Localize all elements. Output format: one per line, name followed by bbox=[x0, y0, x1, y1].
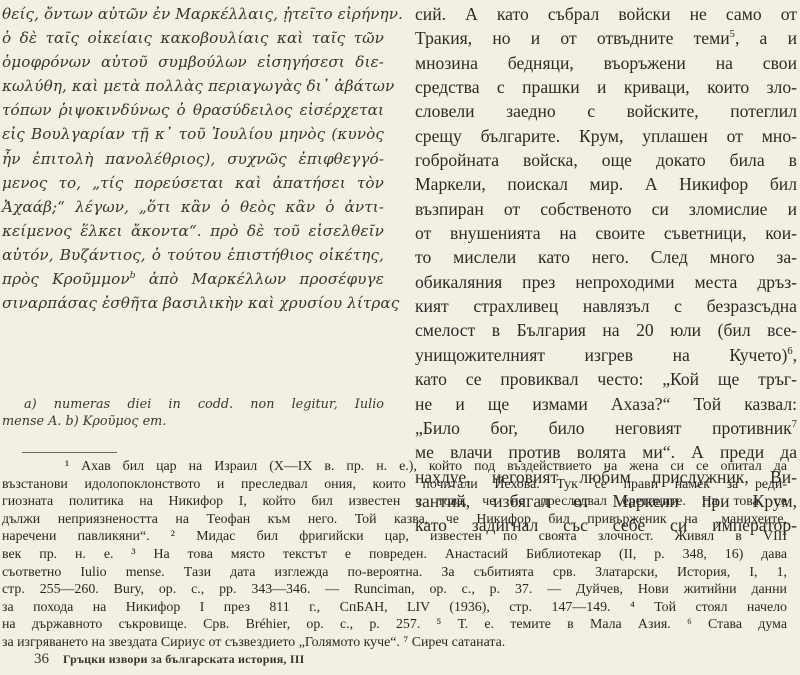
page-footer: 36 Гръцки извори за българската история,… bbox=[34, 651, 304, 668]
translation-line: Тракия, но и от отвъдните теми5, а и bbox=[415, 26, 797, 50]
translation-line: мнозина бедняци, въоръжени на свои bbox=[415, 51, 797, 75]
greek-line: σιναρπάσας ἐσθῆτα βασιλικὴν καὶ χρυσίου … bbox=[2, 291, 384, 315]
footnote-line: гиозната политика на Никифор I, който би… bbox=[2, 493, 787, 511]
translation-line: срещу българите. Крум, уплашен от мно- bbox=[415, 124, 797, 148]
translation-line: то мислели като него. След много за- bbox=[415, 245, 797, 269]
apparatus-line: a) numeras diei in codd. non legitur, Iu… bbox=[2, 396, 384, 413]
footnote-line: ¹ Ахав бил цар на Израил (X—IX в. пр. н.… bbox=[2, 458, 787, 476]
greek-line: εἰς Βουλγαρίαν τῇ κ᾽ τοῦ Ἰουλίου μηνὸς (… bbox=[2, 122, 384, 146]
greek-line: Ἀχαάβ;“ λέγων, „ὅτι κἂν ὁ θεὸς κἂν ὁ ἀντ… bbox=[2, 195, 384, 219]
book-page: θείς, ὄντων αὐτῶν ἐν Μαρκέλλαις, ᾐτεῖτο … bbox=[0, 0, 800, 675]
footnote-marker: 7 bbox=[792, 419, 797, 430]
greek-line: θείς, ὄντων αὐτῶν ἐν Μαρκέλλαις, ᾐτεῖτο … bbox=[2, 2, 384, 26]
translation-line: гобройната войска, още докато била в bbox=[415, 148, 797, 172]
footnote-line: за изгряването на звездата Сириус от съз… bbox=[2, 634, 787, 652]
apparatus-line: mense A. b) Κροῦμος em. bbox=[2, 413, 384, 430]
translation-line: от внушенията на своите съветници, кои- bbox=[415, 221, 797, 245]
translation-line: унищожителният изгрев на Кучето)6, bbox=[415, 343, 797, 367]
footnote-line: възстанови идолопоклонството и преследва… bbox=[2, 476, 787, 494]
translation-line: смелост в България на 20 юли (бил все- bbox=[415, 318, 797, 342]
footnote-line: за похода на Никифор I през 811 г., СпБА… bbox=[2, 599, 787, 617]
greek-line: ὁμοφρόνων αὐτοῦ συμβούλων εἰσηγήσεσι διε… bbox=[2, 50, 384, 74]
footnote-line: на държавното съкровище. Срв. Bréhier, o… bbox=[2, 616, 787, 634]
footnote-line: стр. 255—260. Bury, op. c., pp. 343—346.… bbox=[2, 581, 787, 599]
translation-line: „Било бог, било неговият противник7 bbox=[415, 416, 797, 440]
translation-line: средства с прашки и криваци, които зло- bbox=[415, 75, 797, 99]
greek-line: ἦν ἐπιτολὴ πανολέθριος), συχνῶς ἐπιφθεγγ… bbox=[2, 147, 384, 171]
greek-line: τόπων ῥιψοκινδύνως ὁ θρασύδειλος εἰσέρχε… bbox=[2, 98, 384, 122]
footnotes: ¹ Ахав бил цар на Израил (X—IX в. пр. н.… bbox=[2, 458, 787, 652]
translation-line: обикаляния през непроходими места дръз- bbox=[415, 270, 797, 294]
page-number: 36 bbox=[34, 651, 49, 668]
greek-text: ἀπὸ Μαρκέλλων προσέφυγε bbox=[136, 270, 384, 288]
greek-line: μενος το, „τίς πορεύσεται καὶ ἀπατήσει τ… bbox=[2, 171, 384, 195]
footnote-line: наречени павликяни“. ² Мидас бил фригийс… bbox=[2, 528, 787, 546]
greek-source-column: θείς, ὄντων αὐτῶν ἐν Μαρκέλλαις, ᾐτεῖτο … bbox=[2, 2, 384, 315]
translation-line: сий. А като събрал войски не само от bbox=[415, 2, 797, 26]
greek-line: κωλύθη, καὶ μετὰ πολλὰς περιαγωγὰς δι᾽ ἀ… bbox=[2, 74, 384, 98]
footnote-divider bbox=[22, 452, 117, 453]
greek-text: πρὸς Κροῦμμον bbox=[2, 270, 130, 288]
footnote-line: дължи неприязнеността на Теофан към него… bbox=[2, 511, 787, 529]
footnote-line: век пр. н. е. ³ На това място текстът е … bbox=[2, 546, 787, 564]
greek-line: ὁ δὲ ταῖς οἰκείαις κακοβουλίαις καὶ ταῖς… bbox=[2, 26, 384, 50]
greek-line: αὐτόν, Βυζάντιος, ὁ τούτου ἐπιστήθιος οἰ… bbox=[2, 243, 384, 267]
running-title: Гръцки извори за българската история, II… bbox=[63, 652, 304, 667]
critical-apparatus: a) numeras diei in codd. non legitur, Iu… bbox=[2, 396, 384, 430]
translation-line: Маркели, поискал мир. А Никифор бил bbox=[415, 172, 797, 196]
translation-line: възпиран от собственото си зломислие и bbox=[415, 197, 797, 221]
greek-line: κείμενος ἕλκει ἄκοντα“. πρὸ δὲ τοῦ εἰσελ… bbox=[2, 219, 384, 243]
greek-line: πρὸς Κροῦμμονb ἀπὸ Μαρκέλλων προσέφυγε bbox=[2, 267, 384, 291]
footnote-line: съответно Iulio mense. Тази дата изглежд… bbox=[2, 564, 787, 582]
translation-line: като се провиквал често: „Кой ще тръг- bbox=[415, 367, 797, 391]
translation-line: словели заедно с войските, потеглил bbox=[415, 99, 797, 123]
translation-line: кият страхливец навлязъл с безразсъдна bbox=[415, 294, 797, 318]
translation-line: не и ще измами Ахаза?“ Той казвал: bbox=[415, 392, 797, 416]
